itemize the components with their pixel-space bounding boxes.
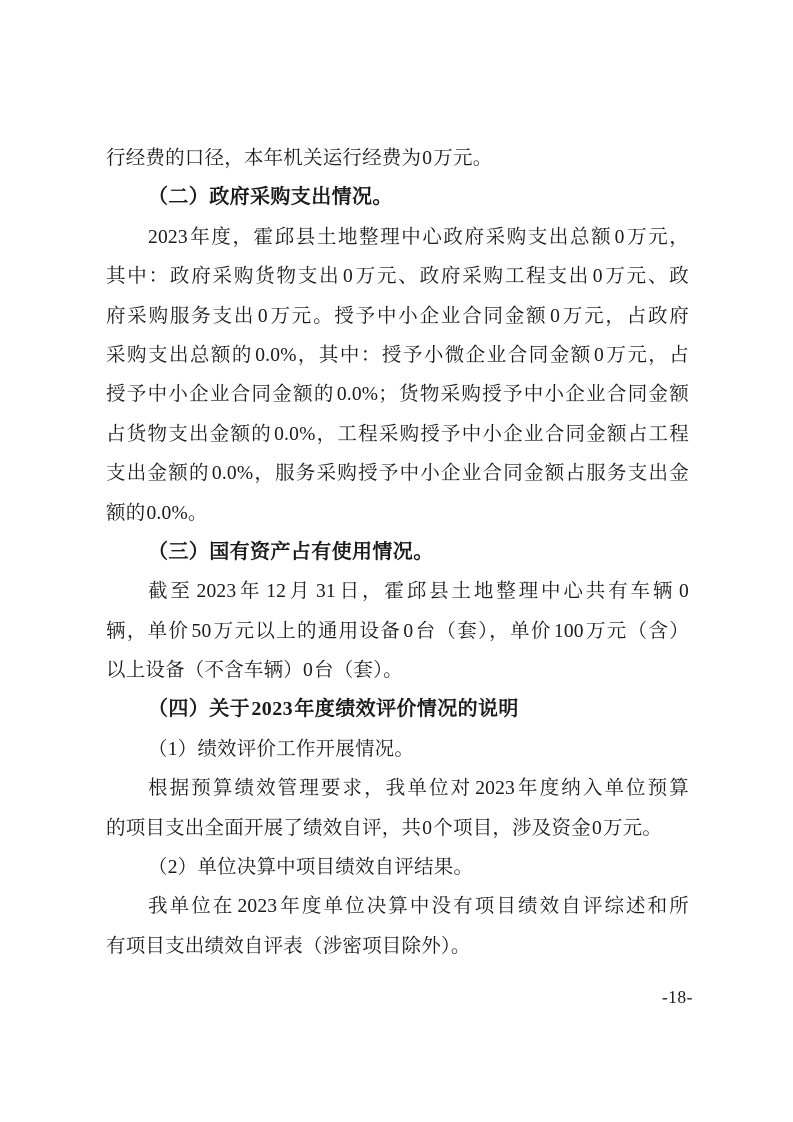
body-line: 截至 2023 年 12 月 31 日，霍邱县土地整理中心共有车辆 0 [106, 572, 689, 611]
body-line: 有项目支出绩效自评表（涉密项目除外）。 [106, 927, 689, 966]
body-line: 以上设备（不含车辆）0 台（套）。 [106, 651, 689, 690]
document-body: 行经费的口径，本年机关运行经费为 0 万元。 （二）政府采购支出情况。 2023… [106, 139, 689, 966]
body-line: 府采购服务支出 0 万元。授予中小企业合同金额 0 万元，占政府 [106, 297, 689, 336]
section-heading: （四）关于 2023 年度绩效评价情况的说明 [106, 690, 689, 729]
body-line: 占货物支出金额的 0.0%，工程采购授予中小企业合同金额占工程 [106, 415, 689, 454]
body-line: 辆，单价 50 万元以上的通用设备 0 台（套），单价 100 万元（含） [106, 612, 689, 651]
section-heading: （二）政府采购支出情况。 [106, 178, 689, 217]
page-number: -18- [662, 983, 693, 1011]
body-line: 授予中小企业合同金额的 0.0%；货物采购授予中小企业合同金额 [106, 375, 689, 414]
body-line: 2023 年度，霍邱县土地整理中心政府采购支出总额 0 万元， [106, 218, 689, 257]
body-line: 额的 0.0%。 [106, 494, 689, 533]
body-line: 我单位在 2023 年度单位决算中没有项目绩效自评综述和所 [106, 887, 689, 926]
body-line: 采购支出总额的 0.0%，其中：授予小微企业合同金额 0 万元，占 [106, 336, 689, 375]
body-line: 其中：政府采购货物支出 0 万元、政府采购工程支出 0 万元、政 [106, 257, 689, 296]
body-line: 行经费的口径，本年机关运行经费为 0 万元。 [106, 139, 689, 178]
body-line: 支出金额的 0.0%，服务采购授予中小企业合同金额占服务支出金 [106, 454, 689, 493]
section-heading: （三）国有资产占有使用情况。 [106, 533, 689, 572]
document-page: 行经费的口径，本年机关运行经费为 0 万元。 （二）政府采购支出情况。 2023… [0, 0, 793, 1122]
body-line: 的项目支出全面开展了绩效自评，共 0 个项目，涉及资金 0 万元。 [106, 809, 689, 848]
body-line: 根据预算绩效管理要求，我单位对 2023 年度纳入单位预算 [106, 769, 689, 808]
sub-item-line: （2）单位决算中项目绩效自评结果。 [106, 848, 689, 887]
sub-item-line: （1）绩效评价工作开展情况。 [106, 730, 689, 769]
